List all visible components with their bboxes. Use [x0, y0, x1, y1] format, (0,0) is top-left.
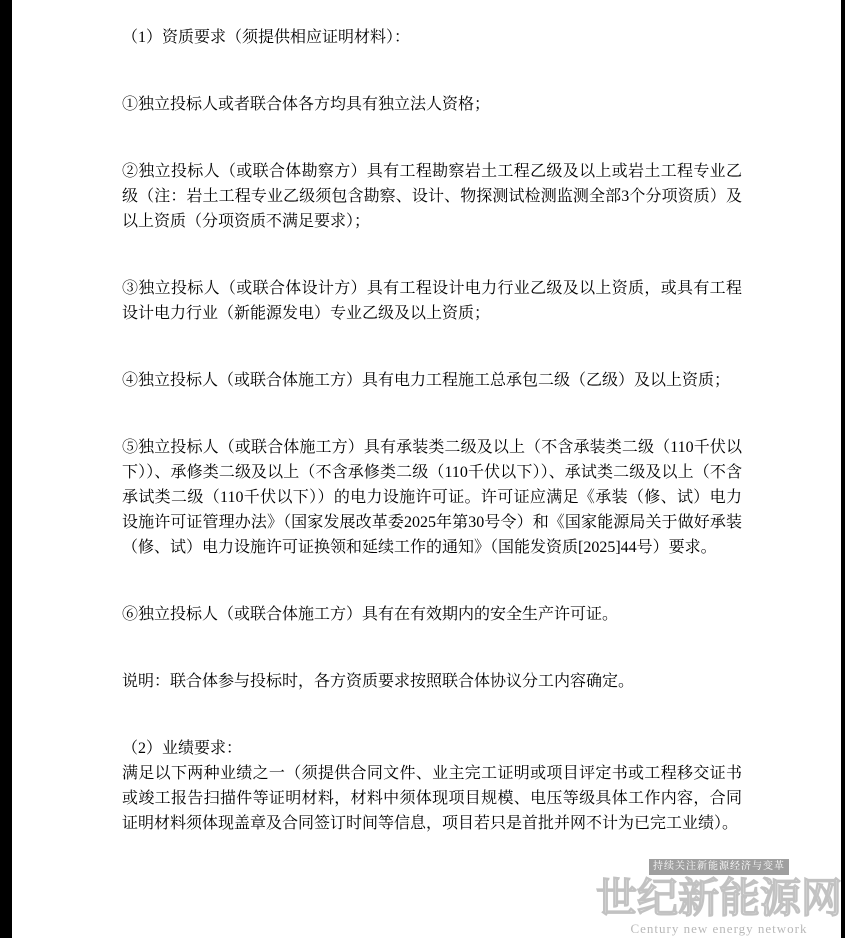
watermark-logo-text: 世纪新能源网	[594, 876, 844, 920]
paragraph-note: 说明：联合体参与投标时，各方资质要求按照联合体协议分工内容确定。	[122, 669, 742, 694]
paragraph-item-1: ①独立投标人或者联合体各方均具有独立法人资格；	[122, 92, 742, 117]
paragraph-item-6: ⑥独立投标人（或联合体施工方）具有在有效期内的安全生产许可证。	[122, 602, 742, 627]
paragraph-performance-body: 满足以下两种业绩之一（须提供合同文件、业主完工证明或项目评定书或工程移交证书或竣…	[122, 761, 742, 836]
paragraph-qualification-heading: （1）资质要求（须提供相应证明材料）：	[122, 25, 742, 50]
watermark-subtitle: Century new energy network	[594, 921, 844, 936]
right-border	[841, 0, 845, 938]
paragraph-item-4: ④独立投标人（或联合体施工方）具有电力工程施工总承包二级（乙级）及以上资质；	[122, 368, 742, 393]
left-border	[0, 0, 12, 938]
paragraph-performance-heading: （2）业绩要求：	[122, 736, 742, 761]
paragraph-item-5: ⑤独立投标人（或联合体施工方）具有承装类二级及以上（不含承装类二级（110千伏以…	[122, 435, 742, 560]
paragraph-item-3: ③独立投标人（或联合体设计方）具有工程设计电力行业乙级及以上资质，或具有工程设计…	[122, 276, 742, 326]
paragraph-item-2: ②独立投标人（或联合体勘察方）具有工程勘察岩土工程乙级及以上或岩土工程专业乙级（…	[122, 159, 742, 234]
document-body: （1）资质要求（须提供相应证明材料）： ①独立投标人或者联合体各方均具有独立法人…	[122, 25, 742, 878]
